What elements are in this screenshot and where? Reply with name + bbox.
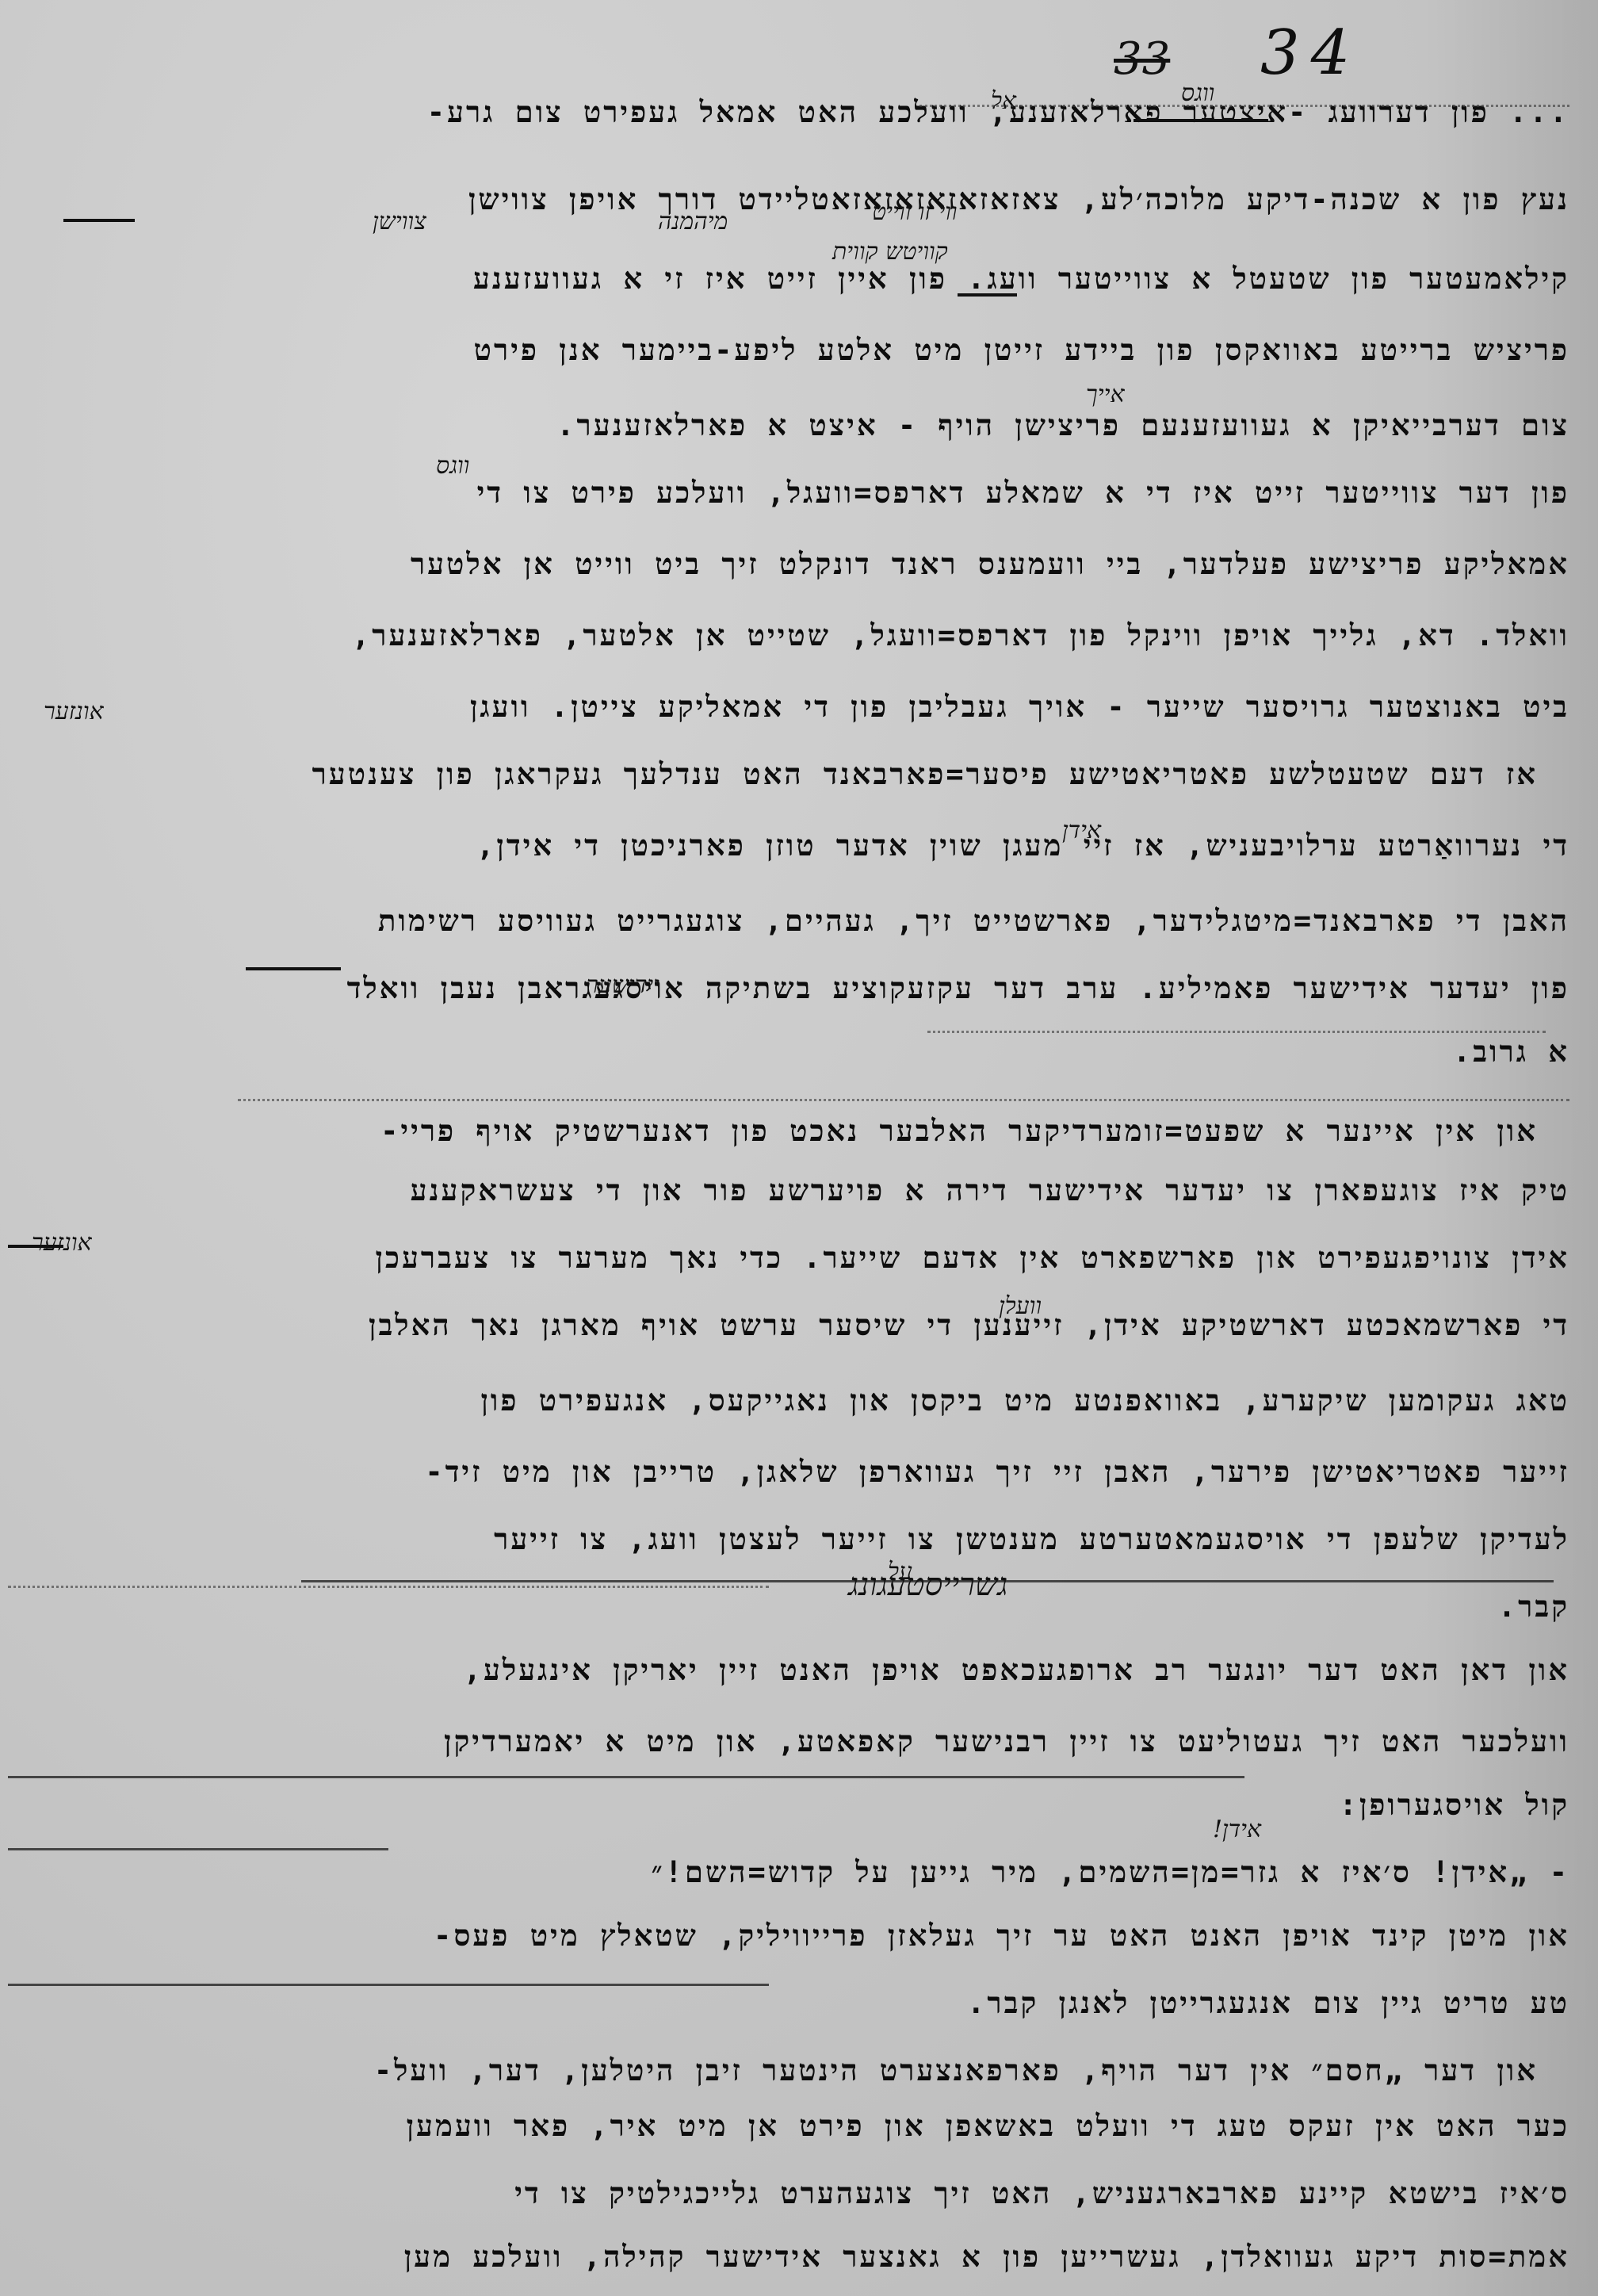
typescript-line: און מיטן קינד אויפן האנט האט ער זיך געלא… (434, 1919, 1569, 1954)
handwritten-annotation: גשרייסטעגונג (848, 1566, 1007, 1603)
handwritten-annotation: ייִדישער (587, 971, 659, 999)
dotted-rule (8, 1586, 769, 1588)
typescript-line: האבן די פארבאנד=מיטגלידער, פארשטייט זיך,… (378, 904, 1569, 939)
strike-through-mark (8, 1245, 63, 1248)
handwritten-annotation: ווגס (1181, 79, 1214, 107)
handwritten-annotation: ווי זו ווייט (872, 198, 958, 226)
handwritten-annotation: מיהמנה (658, 208, 728, 235)
handwritten-annotation: אידן! (1213, 1816, 1261, 1843)
typescript-line: אמת=סות דיקע געוואלדן, געשרייען פון א גא… (404, 2240, 1569, 2275)
typescript-line: וואלד. דא, גלייך אויפן ווינקל פון דארפס=… (352, 618, 1569, 653)
typescript-line: ס׳איז בישטא קיינע פארבארגעניש, האט זיך צ… (514, 2176, 1569, 2211)
scanned-page: 33 34 ... פון דערוועג -איצטער פארלאזענע,… (0, 0, 1598, 2296)
typescript-line: לעדיקן שלעפן די אויסגעמאטערטע מענטשן צו … (494, 1522, 1569, 1557)
typescript-line: ביט באנוצטער גרויסער שייער - אויך געבליב… (470, 690, 1569, 725)
dotted-rule (919, 105, 1569, 107)
dotted-rule (927, 1031, 1546, 1033)
typescript-line: טע טריט גיין צום אנגעגרייטן לאנגן קבר. (967, 1986, 1569, 2021)
typescript-line: פריציש ברייטע באוואקסן פון ביידע זייטן מ… (474, 333, 1569, 368)
handwritten-annotation: אידן (1062, 817, 1101, 844)
typescript-line: - „אידן! ס׳איז א גזר=מן=השמים, מיר גייען… (652, 1855, 1569, 1890)
handwritten-annotation: אל (991, 87, 1016, 115)
typescript-line: און דער „חסם״ אין דער הויף, פארפאנצערט ה… (374, 2053, 1538, 2088)
typescript-line: פון יעדער אידישער פאמיליע. ערב דער עקזעק… (347, 971, 1569, 1006)
strike-through-mark (246, 967, 341, 970)
typescript-line: קבר. (1498, 1590, 1569, 1624)
handwritten-annotation: אייך (1086, 381, 1124, 408)
typescript-line: די פארשמאכטע דארשטיקע אידן, זייענען די ש… (369, 1308, 1569, 1343)
typescript-line: זייער פאטריאטישן פירער, האבן זיי זיך געו… (425, 1455, 1569, 1490)
typescript-line: טיק איז צוגעפארן צו יעדער אידישער דירה א… (411, 1173, 1569, 1208)
underline-rule (301, 1580, 1554, 1582)
crossed-out-page-number: 33 (1114, 33, 1170, 85)
typescript-line: אמאליקע פריצישע פעלדער, ביי וועמענס ראנד… (411, 547, 1569, 582)
typescript-line: טאג געקומען שיקערע, באוואפנטע מיט ביקסן … (480, 1383, 1569, 1418)
typescript-line: און דאן האט דער יונגער רב ארופגעכאפט אוי… (464, 1653, 1569, 1688)
typescript-line: אז דעם שטעטלשע פאטריאטישע פיסער=פארבאנד … (312, 757, 1538, 792)
handwritten-annotation: אונזער (32, 1229, 92, 1257)
underline-rule (8, 1776, 1244, 1778)
typescript-line: צום דערבייאיקן א געוועזענעם פריצישן הויף… (556, 408, 1569, 443)
handwritten-annotation: אונזער (44, 698, 104, 725)
typescript-line: די נערוואַרטע ערלויבעניש, אז זיי מעגן שו… (476, 828, 1569, 863)
dotted-rule (238, 1099, 1569, 1101)
typescript-line: אידן צונויפגעפירט און פארשפארט אין אדעם … (375, 1241, 1569, 1276)
typescript-line: כער האט אין זעקס טעג די וועלט באשאפן און… (407, 2109, 1569, 2144)
underline-rule (8, 1848, 388, 1850)
page-number: 34 (1260, 17, 1361, 89)
typescript-line: קילאמעטער פון שטעטל א צווייטער וועג. פון… (473, 262, 1569, 297)
strike-through-mark (63, 219, 135, 222)
typescript-line: נעץ פון א שכנה-דיקע מלוכה׳לע, צאזאזאזאזא… (468, 182, 1569, 217)
strike-through-mark (1134, 119, 1268, 122)
underline-rule (8, 1984, 769, 1986)
handwritten-annotation: ווגס (436, 452, 469, 480)
typescript-line: א גרוב. (1453, 1035, 1569, 1070)
handwritten-annotation: וועלן (999, 1292, 1042, 1320)
handwritten-annotation: קוויטש קווית (832, 238, 948, 266)
typescript-line: און אין איינער א שפעט=זומערדיקער האלבער … (380, 1114, 1538, 1149)
strike-through-mark (958, 293, 1017, 297)
typescript-line: קול אויסגערופן: (1340, 1788, 1569, 1823)
typescript-line: פון דער צווייטער זייט איז די א שמאלע דאר… (477, 476, 1569, 511)
handwritten-annotation: צווישן (373, 208, 426, 235)
typescript-line: וועלכער האט זיך געטוליעט צו זיין רבנישער… (444, 1724, 1569, 1759)
